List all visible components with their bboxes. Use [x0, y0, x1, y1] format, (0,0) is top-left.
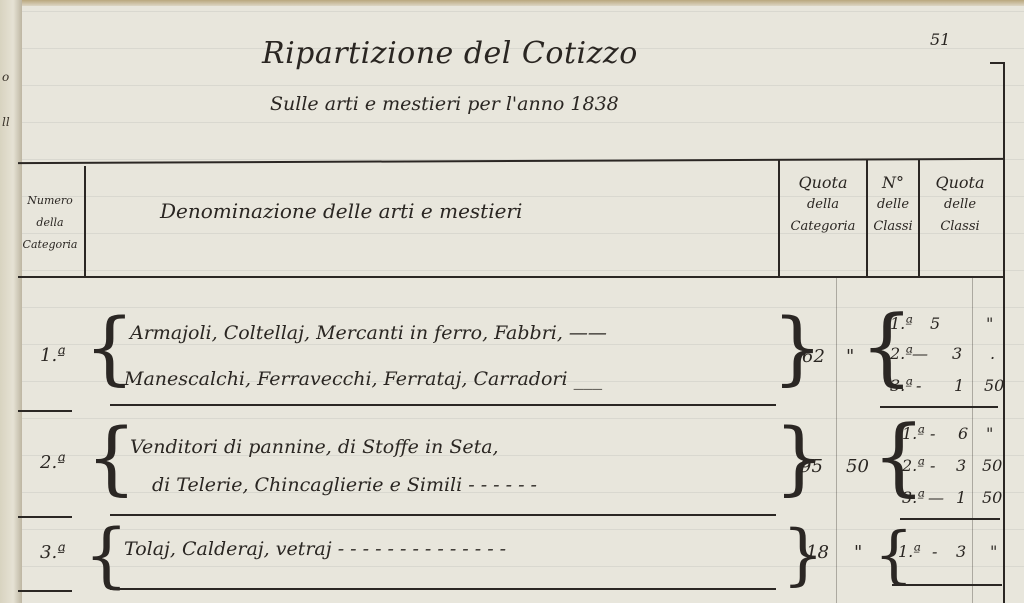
row-rule: [18, 410, 72, 412]
header-bottom-rule: [18, 276, 1003, 278]
row-rule: [892, 584, 1002, 586]
row-rule: [900, 518, 1000, 520]
header-class-count: N° delle Classi: [868, 172, 918, 238]
header-category-quota: Quota della Categoria: [780, 172, 866, 238]
header-category-number: Numero della Categoria: [16, 190, 84, 256]
row-rule: [110, 514, 776, 516]
right-margin-rule: [1003, 62, 1005, 603]
row-rule: [110, 588, 776, 590]
row-rule: [18, 590, 72, 592]
page-number: 51: [930, 30, 950, 49]
header-class-quota: Quota delle Classi: [920, 172, 1000, 238]
page-subtitle: Sulle arti e mestieri per l'anno 1838: [270, 93, 619, 115]
adjacent-page-edge: o ll: [0, 0, 23, 603]
margin-mark: [990, 62, 1004, 64]
col-divider-category: [84, 166, 86, 278]
page-title: Ripartizione del Cotizzo: [262, 36, 638, 71]
row-rule: [110, 404, 776, 406]
header-denomination: Denominazione delle arti e mestieri: [160, 200, 522, 222]
col-guide-cent: [836, 278, 837, 603]
left-brace: {: [84, 520, 129, 590]
left-brace: {: [86, 418, 137, 498]
row-rule: [18, 516, 72, 518]
col-guide-class-cent: [972, 278, 973, 603]
